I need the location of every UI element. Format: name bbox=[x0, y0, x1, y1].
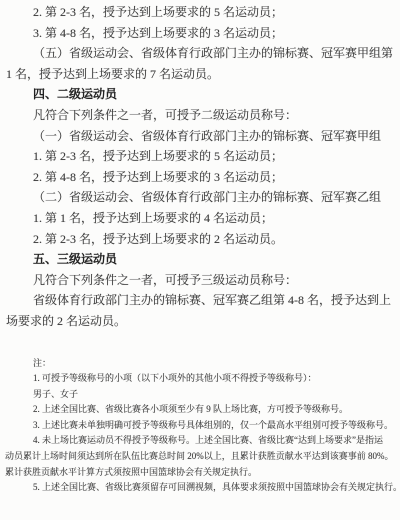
text-line: 注： bbox=[5, 356, 398, 372]
text-line: 男子、女子 bbox=[5, 387, 398, 403]
text-line: 3. 第 4-8 名，授予达到上场要求的 3 名运动员； bbox=[6, 23, 398, 44]
document-page: 2. 第 2-3 名，授予达到上场要求的 5 名运动员；3. 第 4-8 名，授… bbox=[0, 0, 400, 520]
text-line: 累计获胜贡献水平计算方式须按照中国篮球协会有关规定执行。 bbox=[5, 465, 398, 481]
text-line: 动员累计上场时间须达到所在队伍比赛总时间 20%以上，且累计获胜贡献水平达到该赛… bbox=[5, 449, 398, 465]
text-line: 1. 第 1 名，授予达到上场要求的 4 名运动员； bbox=[6, 208, 398, 229]
text-line: 凡符合下列条件之一者，可授予三级运动员称号： bbox=[6, 270, 398, 291]
text-line: （一）省级运动会、省级体育行政部门主办的锦标赛、冠军赛甲组 bbox=[6, 126, 398, 147]
text-line: 省级体育行政部门主办的锦标赛、冠军赛乙组第 4-8 名，授予达到上 bbox=[6, 290, 398, 311]
text-line: 2. 第 2-3 名，授予达到上场要求的 2 名运动员。 bbox=[6, 229, 398, 250]
section-heading: 四、二级运动员 bbox=[6, 84, 398, 105]
text-line: 5. 上述全国比赛、省级比赛须留存可回溯视频，具体要求须按照中国篮球协会有关规定… bbox=[5, 480, 398, 496]
text-line: 3. 上述比赛未单独明确可授予等级称号具体组别的，仅一个最高水平组别可授予等级称… bbox=[5, 418, 398, 434]
text-line: 4. 未上场比赛运动员不得授予等级称号。上述全国比赛、省级比赛“达到上场要求”是… bbox=[5, 433, 398, 449]
text-line: 1 名，授予达到上场要求的 7 名运动员。 bbox=[6, 64, 398, 85]
text-line: 2. 上述全国比赛、省级比赛各小项须至少有 9 队上场比赛，方可授予等级称号。 bbox=[5, 402, 398, 418]
text-line: （二）省级运动会、省级体育行政部门主办的锦标赛、冠军赛乙组 bbox=[6, 187, 398, 208]
text-line: 1. 第 2-3 名，授予达到上场要求的 5 名运动员； bbox=[6, 146, 398, 167]
text-line: 1. 可授予等级称号的小项（以下小项外的其他小项不得授予等级称号）： bbox=[5, 371, 398, 387]
section-heading: 五、三级运动员 bbox=[6, 249, 398, 270]
text-line: （五）省级运动会、省级体育行政部门主办的锦标赛、冠军赛甲组第 bbox=[6, 43, 398, 64]
text-line: 场要求的 2 名运动员。 bbox=[6, 311, 398, 332]
text-line: 凡符合下列条件之一者，可授予二级运动员称号： bbox=[6, 105, 398, 126]
text-line: 2. 第 2-3 名，授予达到上场要求的 5 名运动员； bbox=[6, 2, 398, 23]
notes-section: 注：1. 可授予等级称号的小项（以下小项外的其他小项不得授予等级称号）：男子、女… bbox=[0, 356, 400, 496]
text-line: 2. 第 4-8 名，授予达到上场要求的 3 名运动员； bbox=[6, 167, 398, 188]
document-body: 2. 第 2-3 名，授予达到上场要求的 5 名运动员；3. 第 4-8 名，授… bbox=[0, 0, 400, 332]
